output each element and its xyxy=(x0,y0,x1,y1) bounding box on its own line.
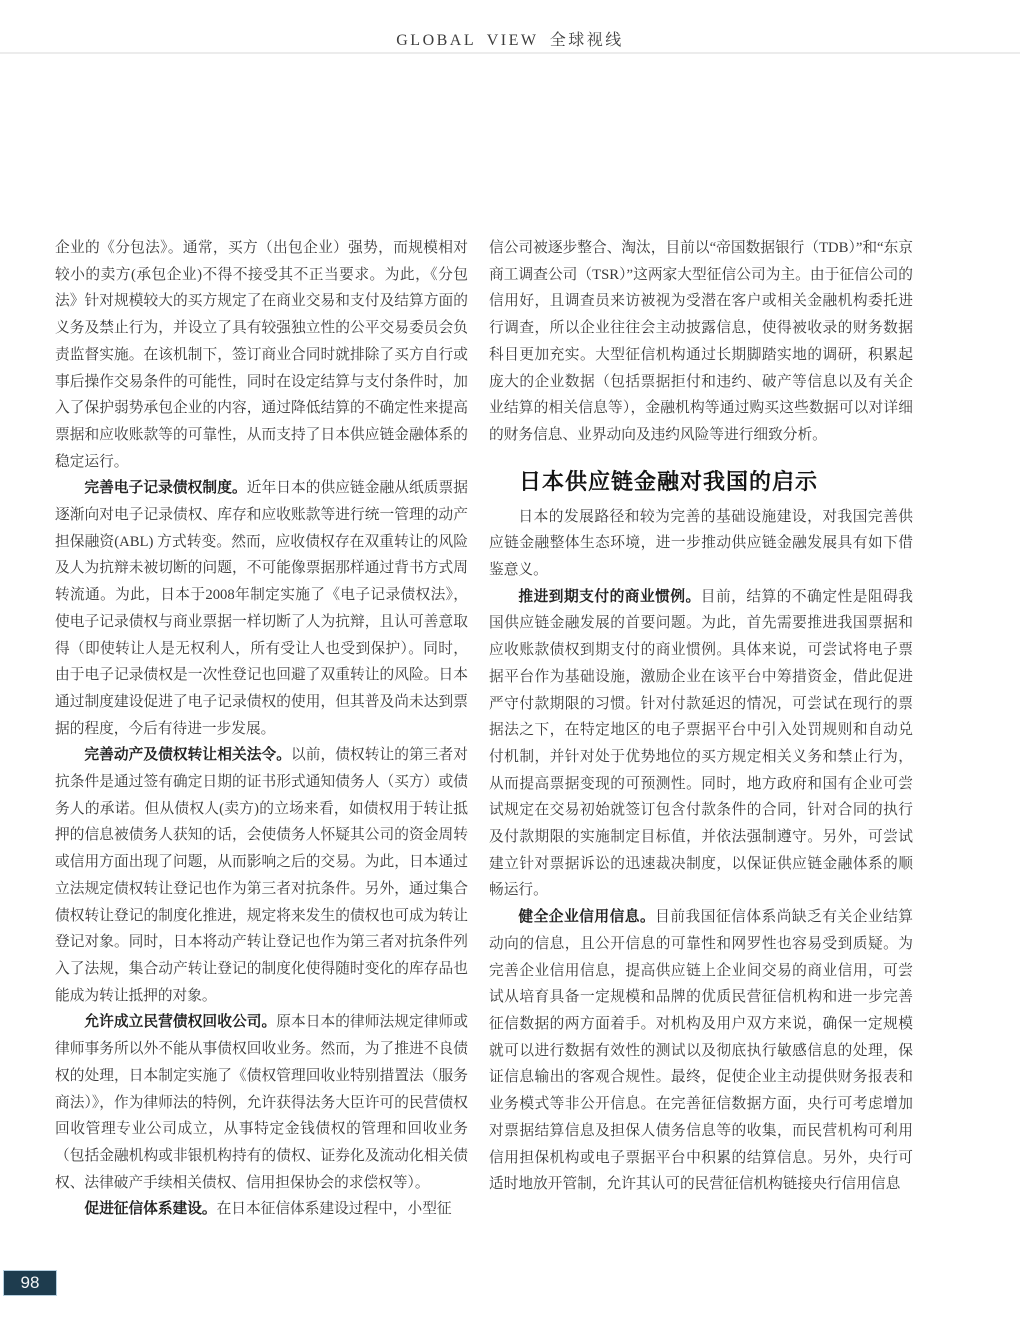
paragraph-lead: 完善电子记录债权制度。 xyxy=(84,480,246,496)
paragraph-lead: 完善动产及债权转让相关法令。 xyxy=(84,747,291,763)
paragraph-text: 目前，结算的不确定性是阻碍我国供应链金融发展的首要问题。为此，首先需要推进我国票… xyxy=(489,589,913,899)
paragraph-text: 以前，债权转让的第三者对抗条件是通过签有确定日期的证书形式通知债务人（买方）或债… xyxy=(55,747,468,1003)
paragraph-text: 日本的发展路径和较为完善的基础设施建设，对我国完善供应链金融整体生态环境，进一步… xyxy=(489,509,913,578)
article-body: 企业的《分包法》。通常，买方（出包企业）强势，而规模相对较小的卖方(承包企业)不… xyxy=(55,235,913,1223)
paragraph: 促进征信体系建设。在日本征信体系建设过程中，小型征 xyxy=(55,1196,468,1223)
paragraph: 企业的《分包法》。通常，买方（出包企业）强势，而规模相对较小的卖方(承包企业)不… xyxy=(55,235,468,475)
paragraph: 信公司被逐步整合、淘汰，目前以“帝国数据银行（TDB）”和“东京商工调查公司（T… xyxy=(489,235,913,449)
paragraph-lead: 健全企业信用信息。 xyxy=(518,909,655,925)
paragraph: 推进到期支付的商业惯例。目前，结算的不确定性是阻碍我国供应链金融发展的首要问题。… xyxy=(489,584,913,904)
left-column: 企业的《分包法》。通常，买方（出包企业）强势，而规模相对较小的卖方(承包企业)不… xyxy=(55,235,468,1223)
paragraph: 完善电子记录债权制度。近年日本的供应链金融从纸质票据逐渐向对电子记录债权、库存和… xyxy=(55,475,468,742)
paragraph-lead: 允许成立民营债权回收公司。 xyxy=(84,1014,276,1030)
paragraph: 完善动产及债权转让相关法令。以前，债权转让的第三者对抗条件是通过签有确定日期的证… xyxy=(55,742,468,1009)
paragraph-text: 目前我国征信体系尚缺乏有关企业结算动向的信息，且公开信息的可靠性和网罗性也容易受… xyxy=(489,909,913,1192)
section-heading: 日本供应链金融对我国的启示 xyxy=(519,467,913,497)
paragraph-text: 近年日本的供应链金融从纸质票据逐渐向对电子记录债权、库存和应收账款等进行统一管理… xyxy=(55,480,468,736)
paragraph-lead: 促进征信体系建设。 xyxy=(84,1201,216,1217)
header-divider xyxy=(0,52,1020,54)
right-column: 信公司被逐步整合、淘汰，目前以“帝国数据银行（TDB）”和“东京商工调查公司（T… xyxy=(489,235,913,1223)
paragraph: 允许成立民营债权回收公司。原本日本的律师法规定律师或律师事务所以外不能从事债权回… xyxy=(55,1009,468,1196)
page-header-title: GLOBAL VIEW 全球视线 xyxy=(0,31,1020,51)
paragraph: 日本的发展路径和较为完善的基础设施建设，对我国完善供应链金融整体生态环境，进一步… xyxy=(489,504,913,584)
paragraph-text: 企业的《分包法》。通常，买方（出包企业）强势，而规模相对较小的卖方(承包企业)不… xyxy=(55,240,468,470)
paragraph-lead: 推进到期支付的商业惯例。 xyxy=(518,589,700,605)
paragraph-text: 原本日本的律师法规定律师或律师事务所以外不能从事债权回收业务。然而，为了推进不良… xyxy=(55,1014,468,1190)
paragraph: 健全企业信用信息。目前我国征信体系尚缺乏有关企业结算动向的信息，且公开信息的可靠… xyxy=(489,904,913,1198)
page-number-badge: 98 xyxy=(3,1270,57,1296)
paragraph-text: 在日本征信体系建设过程中，小型征 xyxy=(217,1201,452,1217)
paragraph-text: 信公司被逐步整合、淘汰，目前以“帝国数据银行（TDB）”和“东京商工调查公司（T… xyxy=(489,240,913,443)
